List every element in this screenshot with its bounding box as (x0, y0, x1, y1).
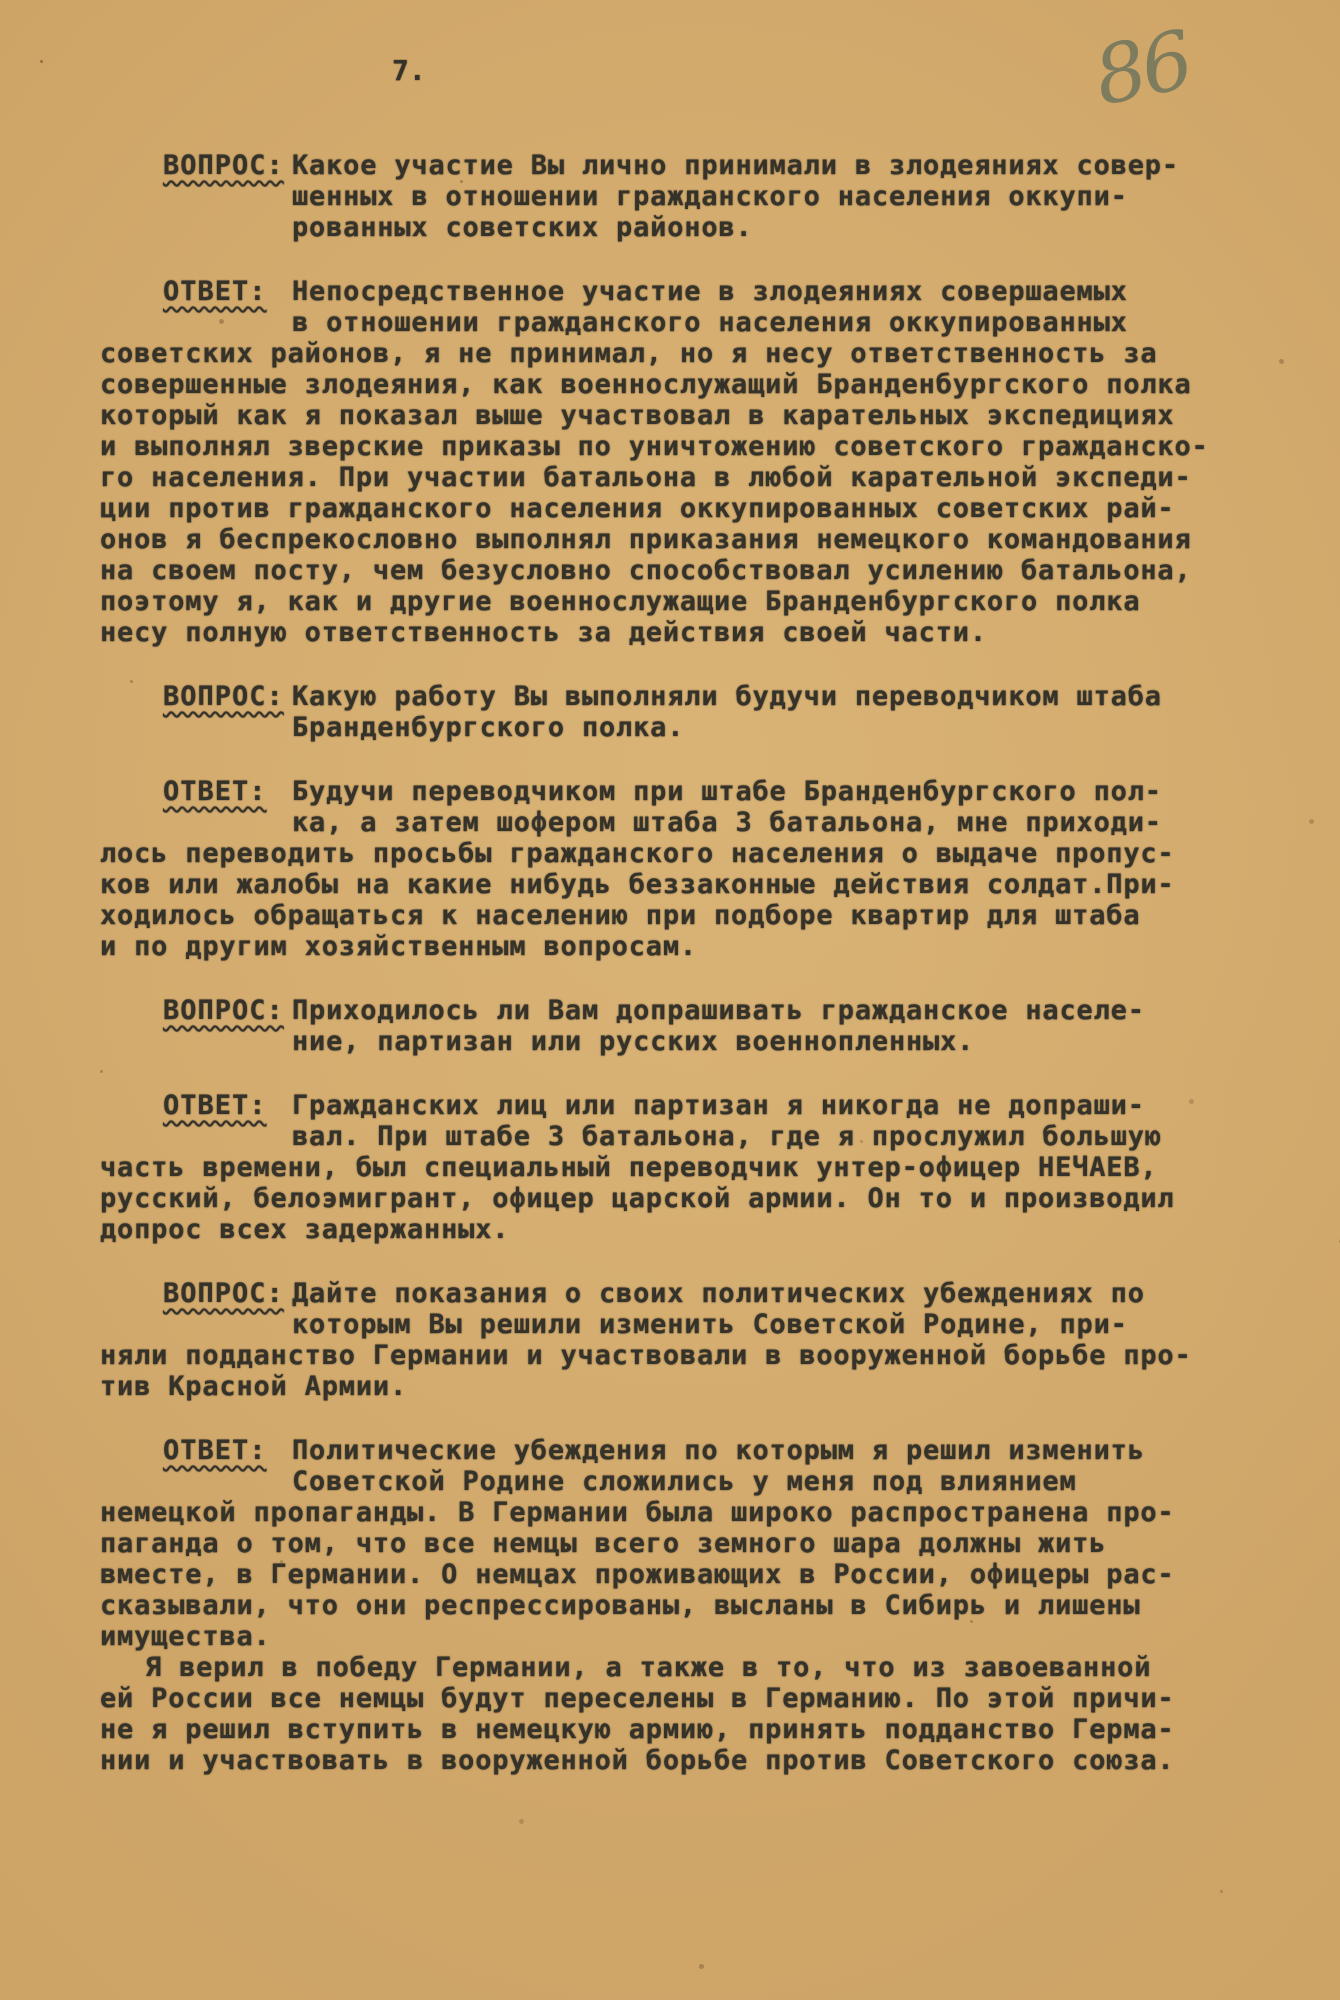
document-line: сказывали, что они респрессированы, высл… (100, 1590, 1252, 1621)
question-label: ВОПРОС: (163, 150, 284, 181)
document-line: Политические убеждения по которым я реши… (292, 1435, 1252, 1466)
document-line: тив Красной Армии. (100, 1371, 1252, 1402)
document-line: Гражданских лиц или партизан я никогда н… (292, 1090, 1252, 1121)
answer-block: ОТВЕТ:Непосредственное участие в злодеян… (100, 276, 1252, 648)
document-line: нии и участвовать в вооруженной борьбе п… (100, 1745, 1252, 1776)
document-line: вал. При штабе 3 батальона, где я прослу… (292, 1121, 1252, 1152)
document-line: онов я беспрекословно выполнял приказани… (100, 524, 1252, 555)
handwritten-page-number: 86 (1086, 13, 1197, 123)
answer-block: ОТВЕТ:Будучи переводчиком при штабе Бран… (100, 776, 1252, 962)
answer-label: ОТВЕТ: (163, 776, 267, 807)
document-line: Какую работу Вы выполняли будучи перевод… (292, 681, 1252, 712)
answer-label: ОТВЕТ: (163, 1090, 267, 1121)
document-line: и выполнял зверские приказы по уничтожен… (100, 431, 1252, 462)
document-line: и по другим хозяйственным вопросам. (100, 931, 1252, 962)
answer-label: ОТВЕТ: (163, 276, 267, 307)
document-line: Приходилось ли Вам допрашивать гражданск… (292, 995, 1252, 1026)
document-line: Непосредственное участие в злодеяниях со… (292, 276, 1252, 307)
document-line: паганда о том, что все немцы всего земно… (100, 1528, 1252, 1559)
document-line: в отношении гражданского населения оккуп… (292, 307, 1252, 338)
document-line: ходилось обращаться к населению при подб… (100, 900, 1252, 931)
document-line: ей России все немцы будут переселены в Г… (100, 1683, 1252, 1714)
document-line: Какое участие Вы лично принимали в злоде… (292, 150, 1252, 181)
document-line: Будучи переводчиком при штабе Бранденбур… (292, 776, 1252, 807)
page-number: 7. (392, 54, 426, 87)
document-line: вместе, в Германии. О немцах проживающих… (100, 1559, 1252, 1590)
qa-blocks: ВОПРОС:Какое участие Вы лично принимали … (100, 150, 1252, 1809)
document-line: на своем посту, чем безусловно способств… (100, 555, 1252, 586)
document-line: рованных советских районов. (292, 212, 1252, 243)
document-page: 7. 86 ВОПРОС:Какое участие Вы лично прин… (0, 0, 1340, 2000)
document-line: допрос всех задержанных. (100, 1214, 1252, 1245)
question-block: ВОПРОС:Дайте показания о своих политичес… (100, 1278, 1252, 1402)
document-line: поэтому я, как и другие военнослужащие Б… (100, 586, 1252, 617)
answer-label: ОТВЕТ: (163, 1435, 267, 1466)
document-line: совершенные злодеяния, как военнослужащи… (100, 369, 1252, 400)
document-line: часть времени, был специальный переводчи… (100, 1152, 1252, 1183)
document-line: несу полную ответственность за действия … (100, 617, 1252, 648)
document-line: Бранденбургского полка. (292, 712, 1252, 743)
document-line: Я верил в победу Германии, а также в то,… (145, 1652, 1252, 1683)
question-label: ВОПРОС: (163, 681, 284, 712)
document-line: ков или жалобы на какие нибудь беззаконн… (100, 869, 1252, 900)
document-line: Дайте показания о своих политических убе… (292, 1278, 1252, 1309)
question-label: ВОПРОС: (163, 995, 284, 1026)
document-line: не я решил вступить в немецкую армию, пр… (100, 1714, 1252, 1745)
document-line: русский, белоэмигрант, офицер царской ар… (100, 1183, 1252, 1214)
answer-block: ОТВЕТ:Политические убеждения по которым … (100, 1435, 1252, 1776)
document-line: который как я показал выше участвовал в … (100, 400, 1252, 431)
document-line: которым Вы решили изменить Советской Род… (292, 1309, 1252, 1340)
document-line: Советской Родине сложились у меня под вл… (292, 1466, 1252, 1497)
document-line: ние, партизан или русских военнопленных. (292, 1026, 1252, 1057)
question-block: ВОПРОС:Какое участие Вы лично принимали … (100, 150, 1252, 243)
document-line: шенных в отношении гражданского населени… (292, 181, 1252, 212)
question-block: ВОПРОС:Приходилось ли Вам допрашивать гр… (100, 995, 1252, 1057)
document-line: ции против гражданского населения оккупи… (100, 493, 1252, 524)
document-line: лось переводить просьбы гражданского нас… (100, 838, 1252, 869)
answer-block: ОТВЕТ:Гражданских лиц или партизан я ник… (100, 1090, 1252, 1245)
question-label: ВОПРОС: (163, 1278, 284, 1309)
document-line: няли подданство Германии и участвовали в… (100, 1340, 1252, 1371)
document-line: немецкой пропаганды. В Германии была шир… (100, 1497, 1252, 1528)
document-line: советских районов, я не принимал, но я н… (100, 338, 1252, 369)
document-line: го населения. При участии батальона в лю… (100, 462, 1252, 493)
document-line: имущества. (100, 1621, 1252, 1652)
document-line: ка, а затем шофером штаба 3 батальона, м… (292, 807, 1252, 838)
question-block: ВОПРОС:Какую работу Вы выполняли будучи … (100, 681, 1252, 743)
